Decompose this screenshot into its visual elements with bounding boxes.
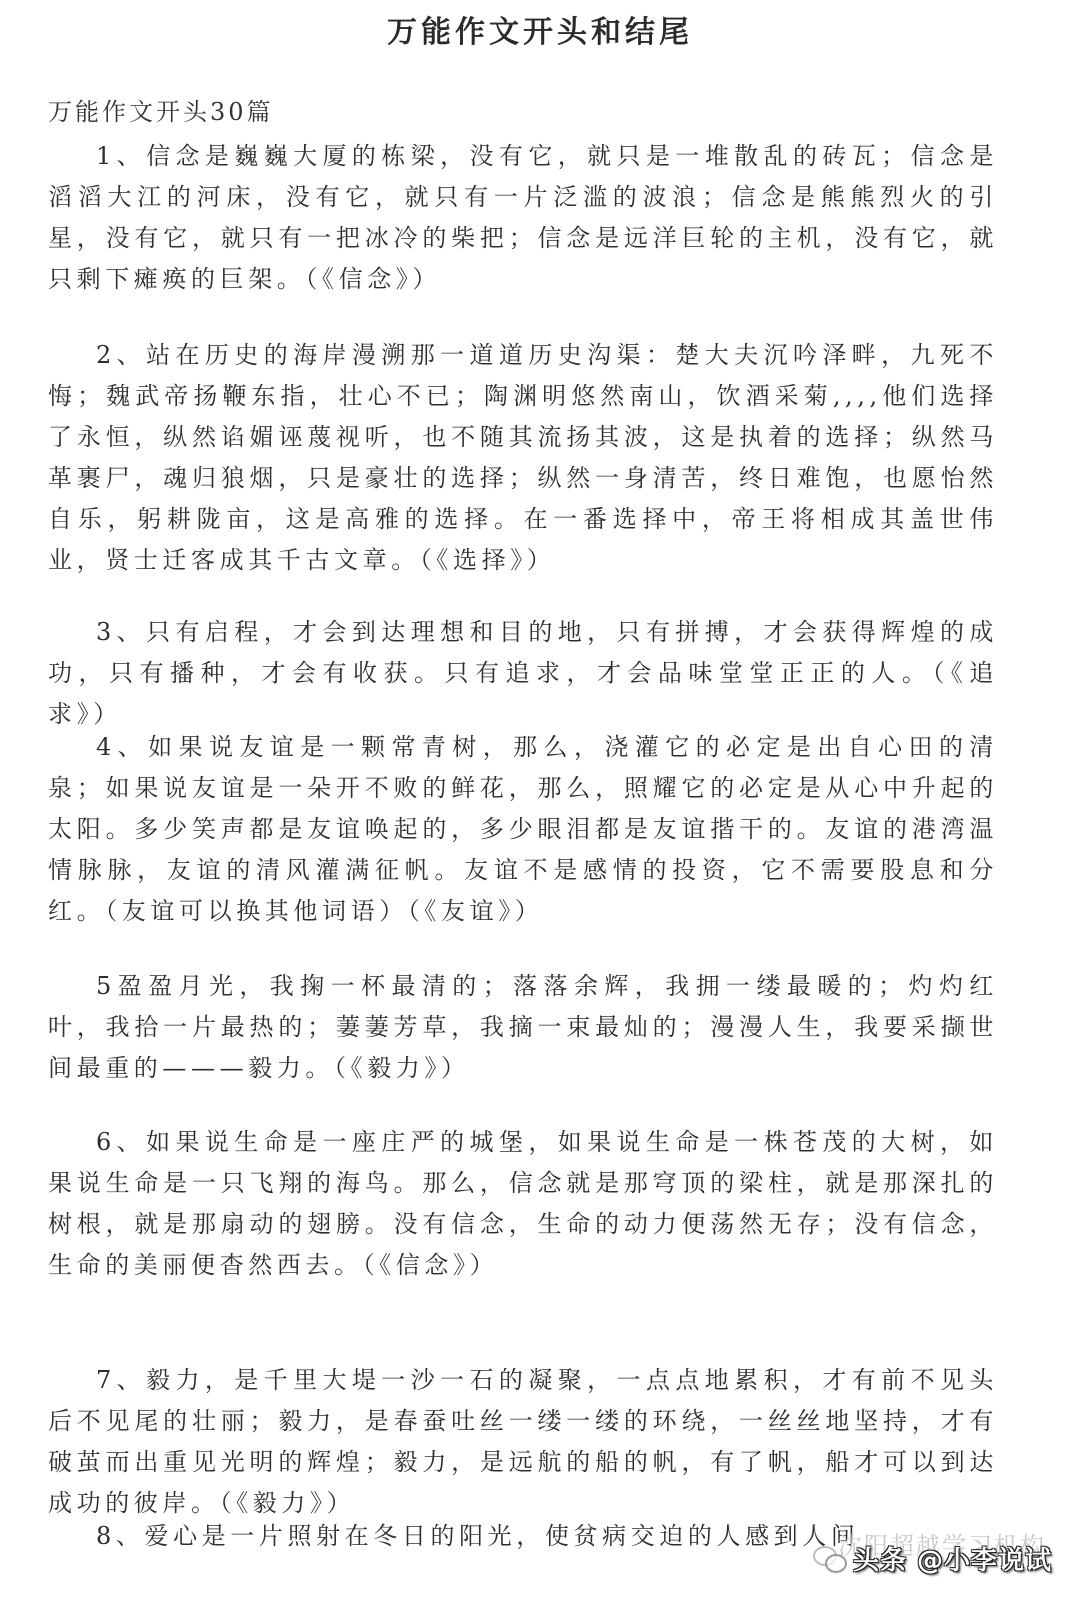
watermark-text: 头条 @小李说试 bbox=[853, 1540, 1052, 1577]
paragraph-7: 7、毅力，是千里大堤一沙一石的凝聚，一点点地累积，才有前不见头后不见尾的壮丽；毅… bbox=[48, 1360, 998, 1524]
document-page: 万能作文开头和结尾 万能作文开头30篇 1、信念是巍巍大厦的栋梁，没有它，就只是… bbox=[0, 0, 1080, 1619]
paragraph-4: 4、如果说友谊是一颗常青树，那么，浇灌它的必定是出自心田的清泉；如果说友谊是一朵… bbox=[48, 727, 998, 932]
paragraph-2: 2、站在历史的海岸漫溯那一道道历史沟渠：楚大夫沉吟泽畔，九死不悔；魏武帝扬鞭东指… bbox=[48, 335, 998, 581]
paragraph-6: 6、如果说生命是一座庄严的城堡，如果说生命是一株苍茂的大树，如果说生命是一只飞翔… bbox=[48, 1122, 998, 1286]
section-heading: 万能作文开头30篇 bbox=[48, 92, 274, 132]
paragraph-3: 3、只有启程，才会到达理想和目的地，只有拼搏，才会获得辉煌的成功，只有播种，才会… bbox=[48, 612, 998, 735]
watermark: 头条 @小李说试 bbox=[813, 1540, 1052, 1577]
paragraph-1: 1、信念是巍巍大厦的栋梁，没有它，就只是一堆散乱的砖瓦；信念是滔滔大江的河床，没… bbox=[48, 136, 998, 300]
document-title: 万能作文开头和结尾 bbox=[0, 8, 1080, 58]
wechat-icon bbox=[813, 1544, 847, 1574]
paragraph-5: 5盈盈月光，我掬一杯最清的；落落余辉，我拥一缕最暖的；灼灼红叶，我拾一片最热的；… bbox=[48, 966, 998, 1089]
